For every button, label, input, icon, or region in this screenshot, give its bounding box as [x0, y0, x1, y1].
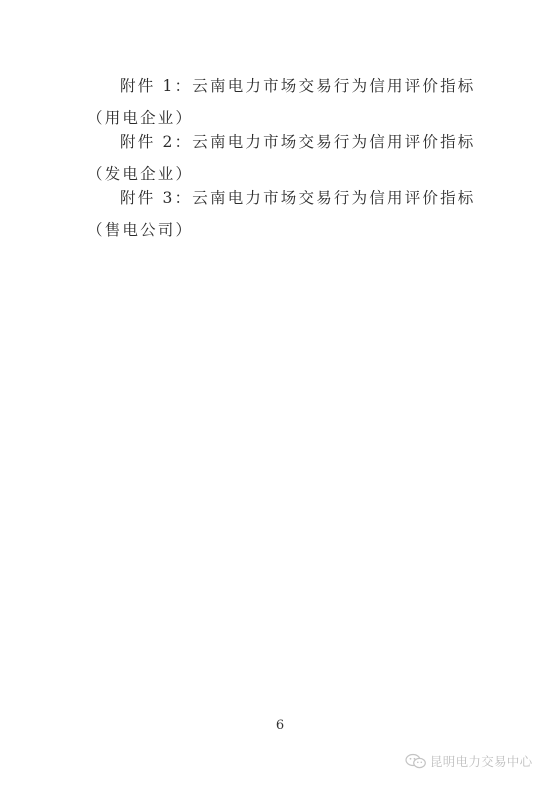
attachment-1-text: 附件 1：云南电力市场交易行为信用评价指标（用电企业）: [87, 77, 476, 127]
document-page: 附件 1：云南电力市场交易行为信用评价指标（用电企业） 附件 2：云南电力市场交…: [0, 0, 560, 791]
attachment-1: 附件 1：云南电力市场交易行为信用评价指标（用电企业）: [87, 70, 487, 134]
attachment-2-text: 附件 2：云南电力市场交易行为信用评价指标（发电企业）: [87, 133, 476, 183]
watermark: 昆明电力交易中心: [405, 752, 532, 770]
page-number: 6: [0, 718, 560, 733]
attachment-3-text: 附件 3：云南电力市场交易行为信用评价指标（售电公司）: [87, 189, 476, 239]
watermark-label: 昆明电力交易中心: [430, 752, 532, 770]
attachment-3: 附件 3：云南电力市场交易行为信用评价指标（售电公司）: [87, 182, 487, 246]
wechat-icon: [405, 753, 427, 769]
attachment-2: 附件 2：云南电力市场交易行为信用评价指标（发电企业）: [87, 126, 487, 190]
